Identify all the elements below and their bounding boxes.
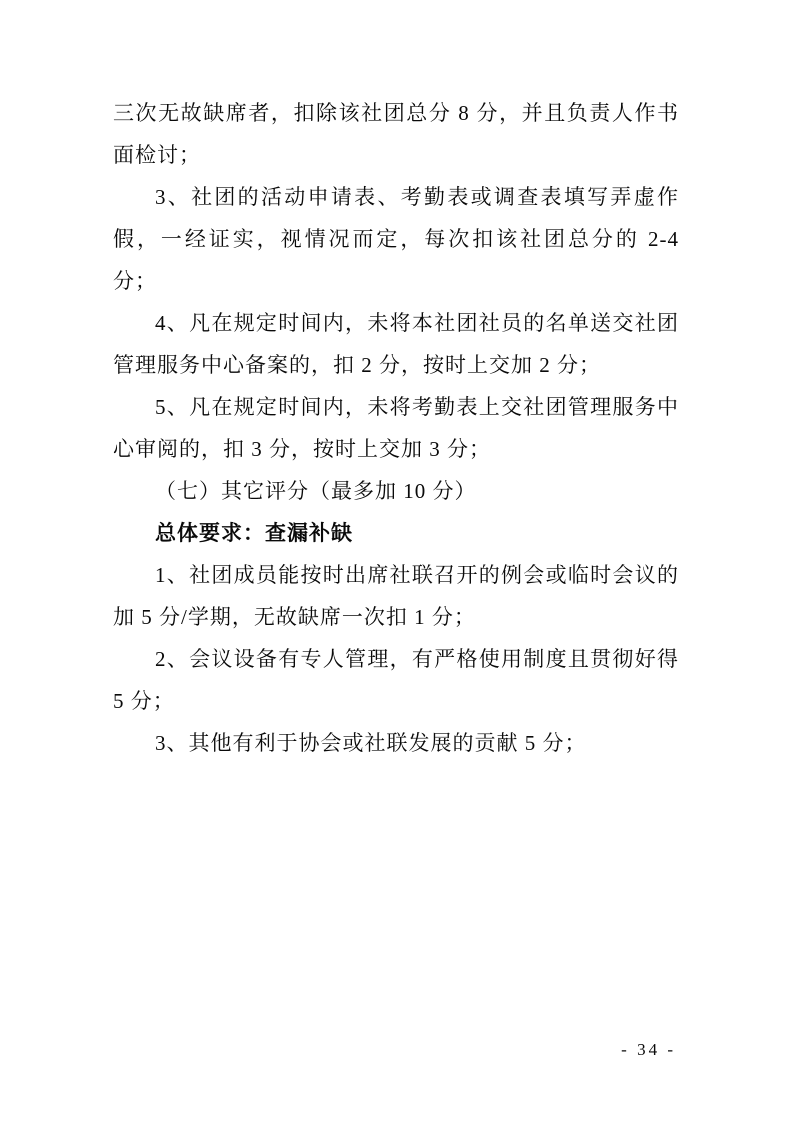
paragraph-item-1: 1、社团成员能按时出席社联召开的例会或临时会议的加 5 分/学期，无故缺席一次扣… <box>113 554 679 638</box>
page-number: - 34 - <box>621 1040 676 1060</box>
paragraph-continuation: 三次无故缺席者，扣除该社团总分 8 分，并且负责人作书面检讨； <box>113 92 679 176</box>
paragraph-item-3: 3、社团的活动申请表、考勤表或调查表填写弄虚作假，一经证实，视情况而定，每次扣该… <box>113 176 679 302</box>
document-body: 三次无故缺席者，扣除该社团总分 8 分，并且负责人作书面检讨； 3、社团的活动申… <box>113 92 679 764</box>
section-heading-seven: （七）其它评分（最多加 10 分） <box>113 470 679 512</box>
paragraph-item-4: 4、凡在规定时间内，未将本社团社员的名单送交社团管理服务中心备案的，扣 2 分，… <box>113 302 679 386</box>
document-page: 三次无故缺席者，扣除该社团总分 8 分，并且负责人作书面检讨； 3、社团的活动申… <box>0 0 793 1122</box>
paragraph-item-5: 5、凡在规定时间内，未将考勤表上交社团管理服务中心审阅的，扣 3 分，按时上交加… <box>113 386 679 470</box>
subheading-overall-requirement: 总体要求：查漏补缺 <box>113 512 679 554</box>
paragraph-item-2: 2、会议设备有专人管理，有严格使用制度且贯彻好得 5 分； <box>113 638 679 722</box>
paragraph-item-3b: 3、其他有利于协会或社联发展的贡献 5 分； <box>113 722 679 764</box>
